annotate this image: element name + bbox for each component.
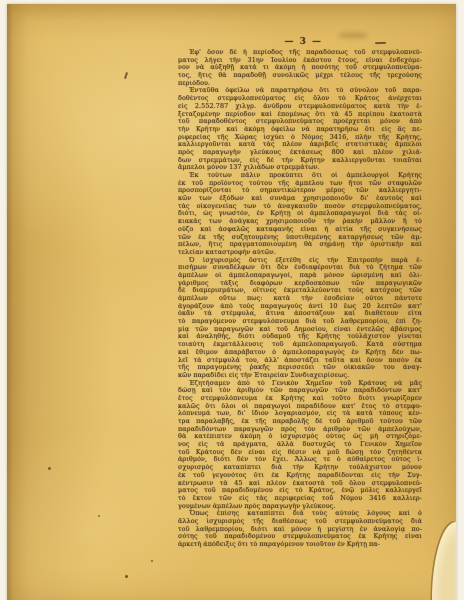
- text-line: νον νὰ αὐξηθῇ κατά τι ἀκόμη ἡ ποσότης το…: [178, 64, 422, 72]
- text-line: ἔτος στεμφυλόπνευμα ἐκ Κρήτης καὶ τοῦτο …: [178, 395, 422, 403]
- text-line: τρα παραλαβῆς, ἐκ τῆς παραβολῆς δὲ τοῦ ἀ…: [178, 418, 422, 426]
- text-line: νος εἰς τὰ πράγματα, ἀλλὰ δυστυχῶς τὸ Γε…: [178, 441, 422, 449]
- ink-dash-mark: [375, 42, 386, 44]
- text-line: τῆς παραγομένης ῥακῆς περισσεύει τῶν οἰκ…: [178, 364, 422, 372]
- text-line: ἀρκετὴ ἀπόδειξις ὅτι τὸ παραγόμενον τοιο…: [178, 541, 422, 549]
- page-number: — 3 —: [178, 37, 429, 47]
- ink-speck: [125, 575, 128, 578]
- paper-corner-curl: [432, 522, 456, 600]
- text-line: δοθέντος στεμφυλοπνεύματος εἰς ὅλον τὸ Κ…: [178, 95, 422, 103]
- text-line: Ὅπως ἐπίσης καταπίπτει διὰ τοὺς αὐτοὺς λ…: [178, 510, 422, 518]
- text-line: Ὁ ἰσχυρισμὸς ὅστις ἐξετέθη εἰς τὴν Ἐπιτρ…: [178, 257, 422, 265]
- text-line: ριφερείας τῆς Χώρας ἰσχύει ὁ Νόμος 3416,…: [178, 134, 422, 142]
- text-line: τοῦ Κράτους δὲν εἶναι εἰς θέσιν νὰ μοῦ δ…: [178, 449, 422, 457]
- text-line: τῶν ἐκ τῆς συζητουμένης ὑποτιθεμένης κατ…: [178, 234, 422, 242]
- text-line: εἰς 2.552.787 χιλγρ. ἀνύδρου στεμφυλοπνε…: [178, 103, 422, 111]
- text-line: τὴν Κρήτην καὶ ἀκόμη ὀφείλω νὰ παρατηρήσ…: [178, 126, 422, 134]
- text-line: τοῦ παραδοθέντος στεμφυλοπνεύματος προέρ…: [178, 118, 422, 126]
- text-line: λεῖ τὰ στέμφυλά του, ἀλλ' ἀποστάζει ταῦτ…: [178, 357, 422, 365]
- text-line: ἀριθμόν, διότι δὲν τὸν ἔχει. Ἄλλως τε ὁ …: [178, 456, 422, 464]
- text-line: ἀμπέλων οἱ ἀμπελοπαραγωγοί, παρὰ μόνον ὡ…: [178, 272, 422, 280]
- ink-speck: [48, 467, 51, 470]
- text-line: σότης τοῦ παραδιδομένου στεμφυλοπνεύματο…: [178, 533, 422, 541]
- text-line: Ἐφ' ὅσον δὲ ἡ περίοδος τῆς παραδόσεως το…: [178, 49, 422, 57]
- text-line: καλῶς ὅτι ὅλοι οἱ παραγωγοὶ παραδίδουν κ…: [178, 403, 422, 411]
- text-line: τος, ἥτις θὰ παραδοθῇ συνολικῶς μέχρι τέ…: [178, 72, 422, 80]
- text-line: ὀκᾶν τὰ στέμφυλα, ἅτινα ἀποστάζουν καὶ δ…: [178, 310, 422, 318]
- text-line: Ἐνταῦθα ὀφείλω νὰ παρατηρήσω ὅτι τὸ σύνο…: [178, 87, 422, 95]
- text-line: κῶν παραδίδει εἰς τὴν Ἑταιρείαν Συνδιαχε…: [178, 372, 422, 380]
- text-line: πισήμων συναδέλφων ὅτι δὲν ἐνδιαφέρονται…: [178, 264, 422, 272]
- text-line: ἐκ τοῦ προϊόντος τούτου τῆς ἀμπέλου των …: [178, 180, 422, 188]
- text-line: θὰ κατέπιπτεν ἀκόμη ὁ ἰσχυρισμὸς οὗτος ὡ…: [178, 433, 422, 441]
- text-line: ματος τοῦ παραδιδομένου εἰς τὸ Κράτος, ἐ…: [178, 487, 422, 495]
- ink-speck: [151, 560, 153, 562]
- ink-smudge: [338, 32, 368, 39]
- text-line: κιακάς των ἀνάγκας χρησιμοποιοῦν τὴν ῥακ…: [178, 218, 422, 226]
- text-line: γάριθμος τάξις διαφόρων κερδοσκόπων τῶν …: [178, 280, 422, 288]
- text-line: πρὸς παραγωγὴν γλεύκους ἐκτάσεως 800 καὶ…: [178, 149, 422, 157]
- text-line: τὰς οἰκογενείας των τὸ ἀναγκαιοῦν ποσὸν …: [178, 203, 422, 211]
- text-line: διότι, ὡς γνωστόν, ἐν Κρήτῃ οἱ ἀμπελοπαρ…: [178, 210, 422, 218]
- scanned-document-photo: — 3 — Ἐφ' ὅσον δὲ ἡ περίοδος τῆς παραδόσ…: [0, 0, 464, 600]
- text-line: ἀμπέλων οὕτω πως: κατὰ τὴν ἐσοδείαν οὗτο…: [178, 295, 422, 303]
- text-line: τὸ ἕκτον τῶν εἰς τὰς περιφερείας τοῦ Νόμ…: [178, 495, 422, 503]
- text-line: τοῦ λαθρεμπορίου, διότι καὶ μόνον ἡ μεγί…: [178, 526, 422, 534]
- text-line: τοιαύτη ἐκμετάλλευσις τοῦ ἀμπελοπαραγωγο…: [178, 341, 422, 349]
- text-line: κῶν των ἐξόδων καὶ συνάμα χρησιμοποιοῦν …: [178, 195, 422, 203]
- text-line: τὸ παραγόμενον στεμφυλόπνευμα διὰ τοῦ λα…: [178, 318, 422, 326]
- text-line: οὖζο καὶ ἀσφαλῶς καταφανὴς εἶναι ἡ αἰτία…: [178, 226, 422, 234]
- text-line: ἐκ τοῦ γεγονότος ὅτι ἐκ Κρήτης παραδίδον…: [178, 472, 422, 480]
- text-line: Ἐζητήσαμεν ἀπὸ τὸ Γενικὸν Χημεῖον τοῦ Κρ…: [178, 380, 422, 388]
- text-line: καλλιεργοῦνται κατὰ τὰς πλέον ἀκριβεῖς σ…: [178, 141, 422, 149]
- text-line: μίᾳ τῶν παραγωγῶν καὶ τοῦ Δημοσίου, εἶνα…: [178, 326, 422, 334]
- paper-sheet: — 3 — Ἐφ' ὅσον δὲ ἡ περίοδος τῆς παραδόσ…: [7, 4, 456, 600]
- text-line: δώσῃ καὶ τὸν ἀριθμὸν τῶν παραγωγῶν τῶν π…: [178, 387, 422, 395]
- text-line: ματος λήγει τὴν 31ην Ἰουλίου ἑκάστου ἔτο…: [178, 57, 422, 65]
- text-block: Ἐφ' ὅσον δὲ ἡ περίοδος τῆς παραδόσεως το…: [178, 49, 422, 549]
- text-line: περιόδου.: [178, 80, 422, 88]
- text-line: ἀγοράζουν ἀπὸ τοὺς παραγωγοὺς ἀντὶ 10 ἕω…: [178, 303, 422, 311]
- text-line: γουμένων ἀμπέλων πρὸς παραγωγὴν γλεύκους…: [178, 503, 422, 511]
- text-line: δὲ διαμερισμάτων, οἵτινες ἐκμεταλλεύοντα…: [178, 287, 422, 295]
- text-line: ξεταζομένην περίοδον καὶ ἑπομένως ὅτι τὰ…: [178, 111, 422, 119]
- text-line: ἄμπελοι μόνον 137 χιλιάδων στρεμμάτων.: [178, 164, 422, 172]
- text-line: σχυρισμὸς καταπίπτει διὰ τὴν Κρήτην τοὐλ…: [178, 464, 422, 472]
- text-line: παραδιδόντων παραγωγῶν πρὸς τὸν ἀριθμὸν …: [178, 426, 422, 434]
- text-line: καὶ ἀναληθής, διότι οὐδαμοῦ τῆς Κρήτης τ…: [178, 333, 422, 341]
- ink-speck: [98, 515, 100, 517]
- text-line: Ἐκ τούτων πάλιν προκύπτει ὅτι οἱ ἀμπελου…: [178, 172, 422, 180]
- text-line: τελείαν καταστροφὴν αὐτῶν.: [178, 249, 422, 257]
- text-line: κέντρωσιν τὰ 45 καὶ πλέον ἑκατοστὰ τοῦ ὅ…: [178, 480, 422, 488]
- text-line: καὶ ἔθιμον ἀπαράβατον ὁ ἀμπελοπαραγωγὸς …: [178, 349, 422, 357]
- text-line: προσπορίζονται τὸ σημαντικώτερον μέρος τ…: [178, 187, 422, 195]
- text-line: ἄλλος ἰσχυρισμὸς τῆς διαθέσεως τοῦ στεμφ…: [178, 518, 422, 526]
- text-line: πέλων, ἥτις πραγματοποιουμένη θὰ σημάνῃ …: [178, 241, 422, 249]
- text-line: δων στρεμμάτων, εἰς δὲ τὴν Κρήτην καλλιε…: [178, 157, 422, 165]
- text-line: λόπνευμά των, δι' ἴδιον λογαριασμόν, εἰς…: [178, 410, 422, 418]
